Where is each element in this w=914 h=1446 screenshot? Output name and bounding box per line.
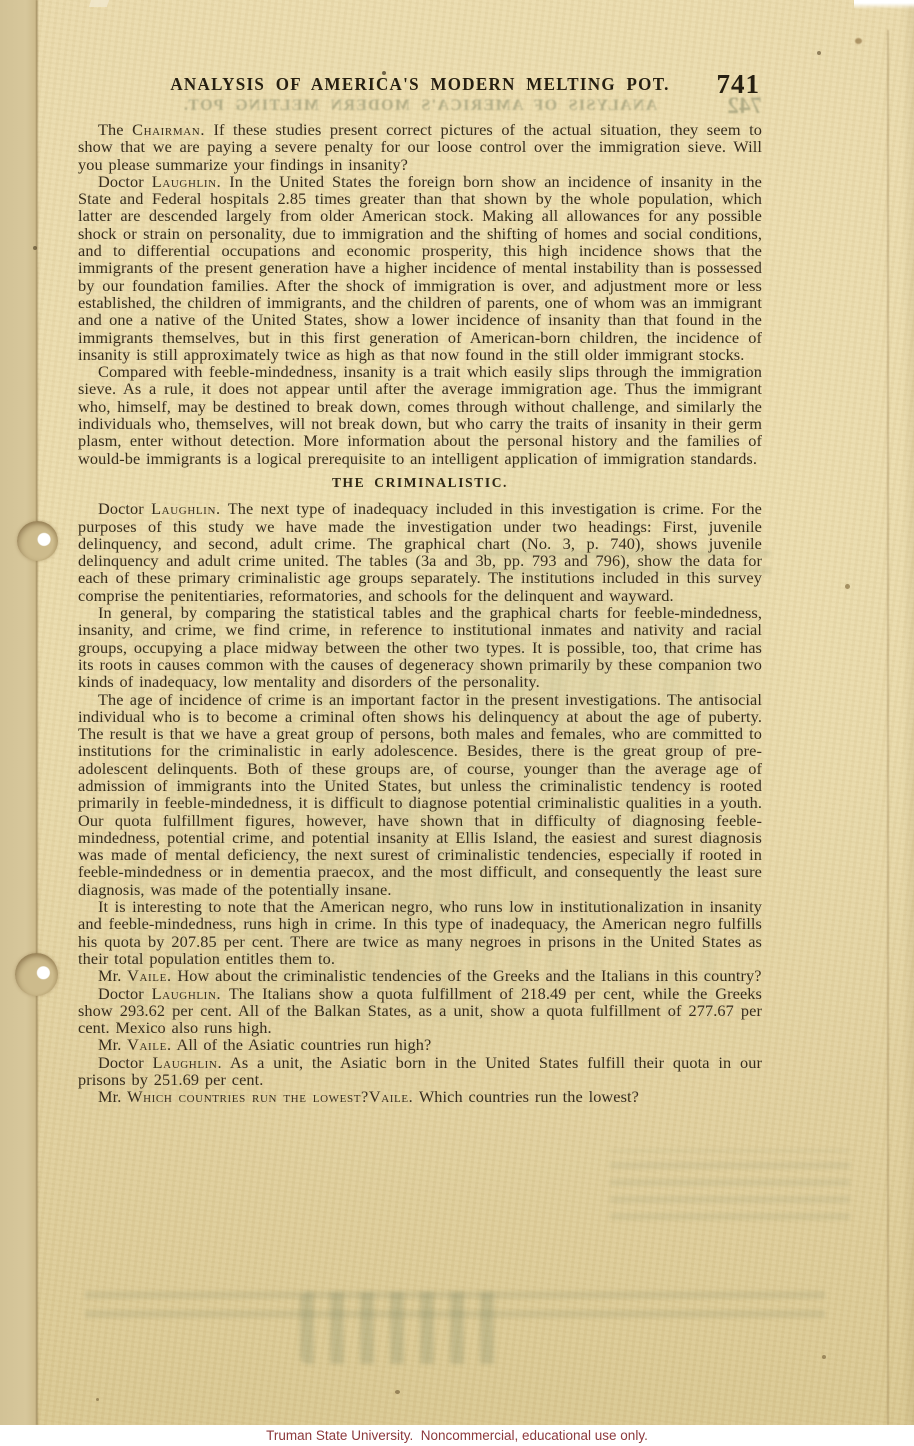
paragraph: Compared with feeble-mindedness, insanit… (78, 363, 762, 467)
paragraph: Mr. Which countries run the lowest?Vaile… (78, 1088, 762, 1105)
credit-line: Truman State University. Noncommercial, … (266, 1428, 648, 1443)
paragraph: Doctor Laughlin. As a unit, the Asiatic … (78, 1054, 762, 1089)
paragraph: Doctor Laughlin. The next type of inadeq… (78, 500, 762, 604)
speaker-lead: Mr. (98, 966, 127, 985)
paragraph: Doctor Laughlin. In the United States th… (78, 173, 762, 363)
foxing-spot (382, 71, 386, 75)
footer-bar: Truman State University. Noncommercial, … (0, 1425, 914, 1446)
punch-hole (15, 953, 58, 996)
foxing-spot (855, 38, 862, 44)
section-heading: THE CRIMINALISTIC. (78, 474, 762, 491)
binding-edge (0, 0, 37, 1425)
scanned-page: 742 ANALYSIS OF AMERICA'S MODERN MELTING… (0, 0, 914, 1428)
right-fold-line (887, 30, 889, 1425)
page-title: ANALYSIS OF AMERICA'S MODERN MELTING POT… (170, 75, 669, 96)
paragraph: Mr. Vaile. All of the Asiatic countries … (78, 1036, 762, 1053)
top-left-notch (89, 0, 109, 7)
foxing-spot (845, 584, 850, 589)
speaker-lead: Doctor (98, 172, 152, 191)
speaker-name: Laughlin. (152, 172, 222, 191)
paragraph-text: All of the Asiatic countries run high? (177, 1035, 432, 1054)
speaker-name: Vaile. (369, 1087, 413, 1106)
speaker-lead: Doctor (98, 1053, 153, 1072)
speaker-name: Vaile. (127, 1035, 171, 1054)
paragraph-text: In the United States the foreign born sh… (78, 172, 762, 364)
top-right-corner (854, 0, 914, 10)
paragraph: The age of incidence of crime is an impo… (78, 691, 762, 899)
foxing-spot (33, 246, 37, 250)
speaker-name: Laughlin. (153, 1053, 223, 1072)
foxing-spot (96, 1398, 99, 1401)
right-edge-shadow (902, 0, 914, 1425)
paragraph-text: Compared with feeble-mindedness, insanit… (78, 362, 762, 467)
speaker-lead: Doctor (98, 984, 152, 1003)
foxing-spot (822, 1355, 826, 1359)
paragraph: The Chairman. If these studies present c… (78, 121, 762, 173)
paragraph-text: In general, by comparing the statistical… (78, 603, 762, 691)
paragraph: Doctor Laughlin. The Italians show a quo… (78, 985, 762, 1037)
paragraph-text: The age of incidence of crime is an impo… (78, 690, 762, 899)
speaker-lead: Mr. (98, 1035, 127, 1054)
bleedthrough-header: 742 ANALYSIS OF AMERICA'S MODERN MELTING… (78, 97, 762, 119)
paragraph-text: It is interesting to note that the Ameri… (78, 897, 762, 968)
speaker-name: Chairman. (132, 120, 205, 139)
page-number: 741 (717, 69, 761, 100)
page-crease (36, 0, 38, 1425)
speaker-name: Laughlin. (152, 984, 222, 1003)
paragraph: In general, by comparing the statistical… (78, 604, 762, 690)
bleedthrough-patch (610, 1150, 850, 1220)
document-text: The Chairman. If these studies present c… (78, 121, 762, 1106)
paragraph-text: Which countries run the lowest? (419, 1087, 639, 1106)
foxing-spot (817, 51, 821, 55)
speaker-name: Which countries run the lowest? (127, 1087, 369, 1106)
paragraph: Mr. Vaile. How about the criminalistic t… (78, 967, 762, 984)
speaker-lead: Mr. (98, 1087, 127, 1106)
punch-hole (17, 521, 58, 561)
speaker-name: Vaile. (127, 966, 171, 985)
page-header: ANALYSIS OF AMERICA'S MODERN MELTING POT… (78, 75, 762, 95)
foxing-spot (395, 1390, 400, 1394)
bleedthrough-patch (85, 1280, 825, 1318)
paragraph-text: How about the criminalistic tendencies o… (177, 966, 761, 985)
paragraph: It is interesting to note that the Ameri… (78, 898, 762, 967)
speaker-lead: The (98, 120, 132, 139)
speaker-name: Laughlin. (151, 499, 221, 518)
bleedthrough-patch (300, 1292, 510, 1364)
speaker-lead: Doctor (98, 499, 151, 518)
bleedthrough-title: ANALYSIS OF AMERICA'S MODERN MELTING POT… (183, 97, 658, 114)
